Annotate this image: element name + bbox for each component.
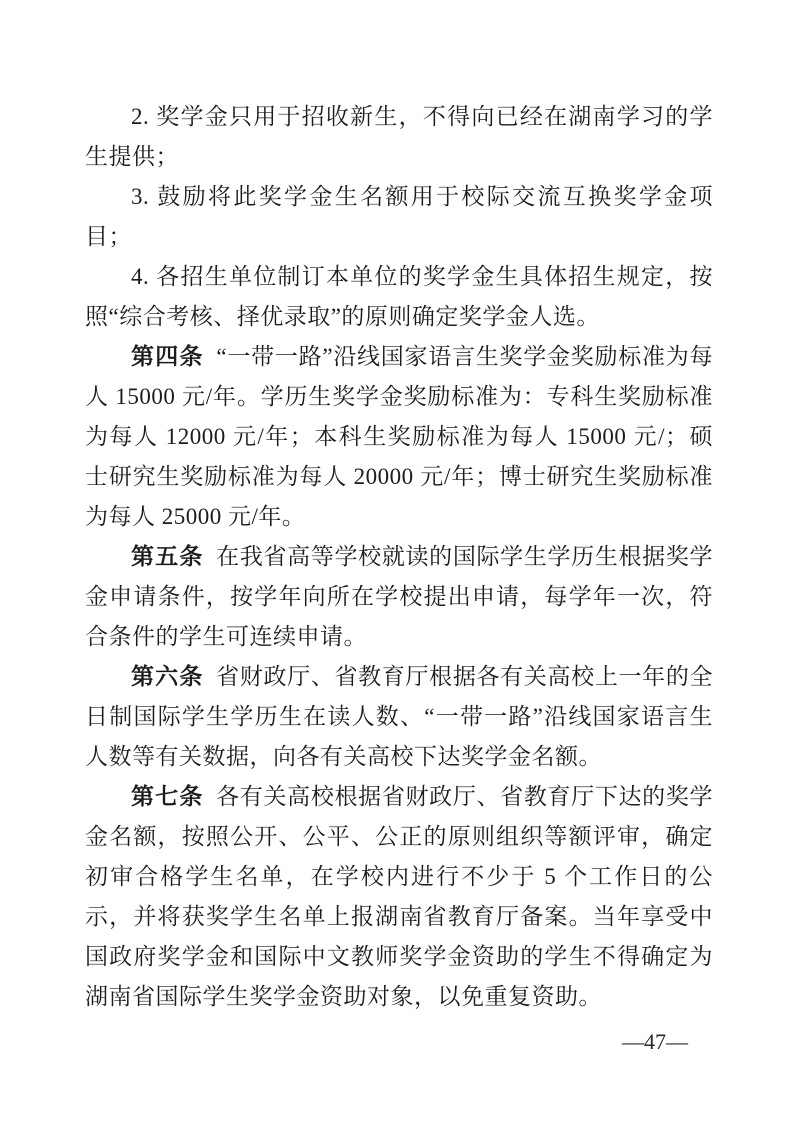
page-number: —47— (85, 1029, 713, 1055)
article-5-label: 第五条 (131, 544, 204, 569)
list-item-4: 4. 各招生单位制订本单位的奖学金生具体招生规定，按照“综合考核、择优录取”的原… (85, 257, 713, 337)
article-4-label: 第四条 (131, 344, 204, 369)
list-item-2: 2. 奖学金只用于招收新生，不得向已经在湖南学习的学生提供； (85, 97, 713, 177)
document-body: 2. 奖学金只用于招收新生，不得向已经在湖南学习的学生提供； 3. 鼓励将此奖学… (85, 97, 713, 1055)
article-4-text: “一带一路”沿线国家语言生奖学金奖励标准为每人 15000 元/年。学历生奖学金… (85, 344, 713, 529)
article-4-paragraph: 第四条“一带一路”沿线国家语言生奖学金奖励标准为每人 15000 元/年。学历生… (85, 337, 713, 537)
document-page: 2. 奖学金只用于招收新生，不得向已经在湖南学习的学生提供； 3. 鼓励将此奖学… (0, 0, 793, 1122)
article-6-label: 第六条 (131, 664, 204, 689)
article-7-label: 第七条 (131, 784, 204, 809)
list-item-text: 3. 鼓励将此奖学金生名额用于校际交流互换奖学金项目； (85, 184, 713, 249)
article-6-paragraph: 第六条省财政厅、省教育厅根据各有关高校上一年的全日制国际学生学历生在读人数、“一… (85, 657, 713, 777)
list-item-3: 3. 鼓励将此奖学金生名额用于校际交流互换奖学金项目； (85, 177, 713, 257)
list-item-text: 2. 奖学金只用于招收新生，不得向已经在湖南学习的学生提供； (85, 104, 713, 169)
article-7-text: 各有关高校根据省财政厅、省教育厅下达的奖学金名额，按照公开、公平、公正的原则组织… (85, 784, 713, 1009)
list-item-text: 4. 各招生单位制订本单位的奖学金生具体招生规定，按照“综合考核、择优录取”的原… (85, 264, 713, 329)
article-5-paragraph: 第五条在我省高等学校就读的国际学生学历生根据奖学金申请条件，按学年向所在学校提出… (85, 537, 713, 657)
article-7-paragraph: 第七条各有关高校根据省财政厅、省教育厅下达的奖学金名额，按照公开、公平、公正的原… (85, 777, 713, 1017)
